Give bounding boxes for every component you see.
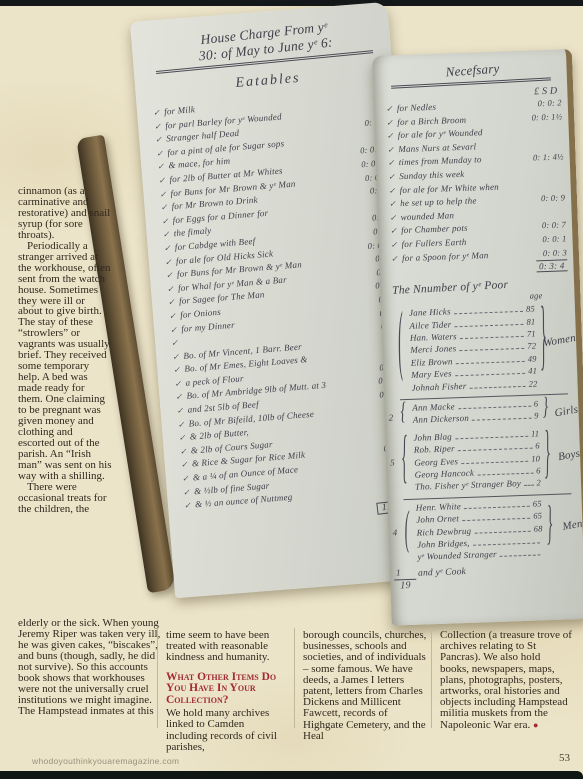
column4-text: Collection (a treasure trove of archives…: [440, 629, 572, 731]
paragraph: cinnamon (as a carminative and restorati…: [18, 186, 112, 241]
entry-amount: [523, 133, 563, 134]
dash-leader: [454, 311, 523, 314]
entry-amount: 0: 0: 1: [526, 232, 566, 247]
group-count: 5: [390, 457, 395, 467]
person-age: 71: [527, 327, 536, 340]
dash-leader: [456, 361, 525, 364]
group-label-women: Women: [542, 332, 577, 350]
person-age: 22: [528, 377, 537, 390]
person-name: yᵉ Wounded Stranger: [417, 548, 497, 563]
dash-leader: [459, 348, 524, 351]
dash-leader: [477, 473, 533, 476]
entry-amount: 0: 0: 2: [522, 96, 562, 111]
dash-leader: [458, 406, 531, 410]
magazine-url: whodoyouthinkyouaremagazine.com: [32, 756, 179, 766]
person-age: 65: [533, 497, 542, 510]
dash-leader: [464, 506, 530, 509]
column-divider: [431, 628, 432, 728]
group-label-boys: Boys: [557, 448, 581, 464]
column-divider: [157, 628, 158, 728]
column-divider: [294, 628, 295, 728]
person-age: 68: [533, 522, 542, 535]
person-name: Tho. Fisher yᵉ Stranger Boy: [415, 477, 521, 493]
dash-leader: [472, 418, 531, 421]
dash-leader: [474, 530, 530, 533]
question-heading: What Other Items Do You Have In Your Col…: [166, 672, 288, 707]
person-name: Johnah Fisher: [411, 379, 466, 393]
entry-amount: 0: 0: 7: [526, 219, 566, 234]
person-age: 41: [528, 365, 537, 378]
group-label-men: Men: [561, 518, 583, 533]
paragraph: We hold many archives linked to Camden i…: [166, 708, 288, 753]
book-right-page: Necefsary £ S D ✓ for Nedles 0: 0: 2 ✓ f…: [372, 49, 583, 626]
entry-amount: [526, 214, 566, 215]
roster-group-men: 4 ( Henr. White 65 John Ornet 65: [400, 496, 578, 564]
person-age: 11: [531, 427, 540, 440]
entry-amount: 0: 0: 3: [527, 246, 567, 261]
person-age: 49: [528, 352, 537, 365]
entry-amount: 0: 1: 4½: [523, 151, 563, 166]
dash-leader: [461, 460, 528, 463]
article-column-3: borough councils, churches, businesses, …: [303, 630, 429, 742]
dash-leader: [455, 373, 526, 376]
paragraph: Periodically a stranger arrived at the w…: [18, 241, 112, 482]
article-left-column-wide: elderly or the sick. When young Jeremy R…: [18, 618, 164, 717]
person-name: Ann Dickerson: [413, 412, 470, 426]
person-age: 65: [533, 510, 542, 523]
page-number: 53: [559, 752, 570, 764]
person-age: 2: [536, 477, 541, 490]
person-age: 9: [534, 410, 539, 423]
paragraph: elderly or the sick. When young Jeremy R…: [18, 618, 164, 717]
article-left-column: cinnamon (as a carminative and restorati…: [18, 186, 112, 515]
ledger-photo: House Charge From yᵉ 30: of May to June …: [90, 4, 583, 636]
bottom-page-edge: [0, 771, 583, 779]
paragraph: Collection (a treasure trove of archives…: [440, 630, 572, 731]
entry-amount: 0: 0: 9: [525, 192, 565, 207]
person-age: 6: [536, 464, 541, 477]
paragraph: borough councils, churches, businesses, …: [303, 630, 429, 742]
person-age: 6: [534, 397, 539, 410]
dash-leader: [454, 323, 523, 326]
paragraph: There were occasional treats for the chi…: [18, 482, 112, 515]
group-label-girls: Girls: [554, 404, 579, 420]
article-column-2: time seem to have been treated with reas…: [166, 630, 288, 753]
dash-leader: [458, 448, 533, 452]
person-age: 6: [535, 440, 540, 453]
entry-amount: [523, 146, 563, 147]
cook-line: and yᵉ Cook: [418, 567, 466, 579]
person-age: 10: [531, 452, 540, 465]
entry-amount: [524, 173, 564, 174]
dash-leader: [473, 542, 540, 545]
group-count: 2: [388, 412, 393, 422]
dash-leader: [455, 436, 528, 440]
paragraph: time seem to have been treated with reas…: [166, 630, 288, 664]
cook-margin-count: 1: [396, 567, 401, 577]
group-count: 4: [392, 527, 397, 537]
dash-leader: [462, 518, 530, 521]
article-column-4: Collection (a treasure trove of archives…: [440, 630, 572, 731]
dash-leader: [500, 555, 541, 557]
entry-amount: 0: 0: 1½: [522, 110, 562, 125]
dash-leader: [469, 385, 525, 388]
end-mark-icon: ●: [533, 720, 538, 730]
entry-amount: [525, 187, 565, 188]
dash-leader: [524, 485, 534, 486]
person-age: 72: [527, 340, 536, 353]
person-age: 85: [526, 303, 535, 316]
person-age: 81: [526, 315, 535, 328]
dash-leader: [460, 336, 524, 339]
check-mark: ✓: [171, 336, 183, 350]
